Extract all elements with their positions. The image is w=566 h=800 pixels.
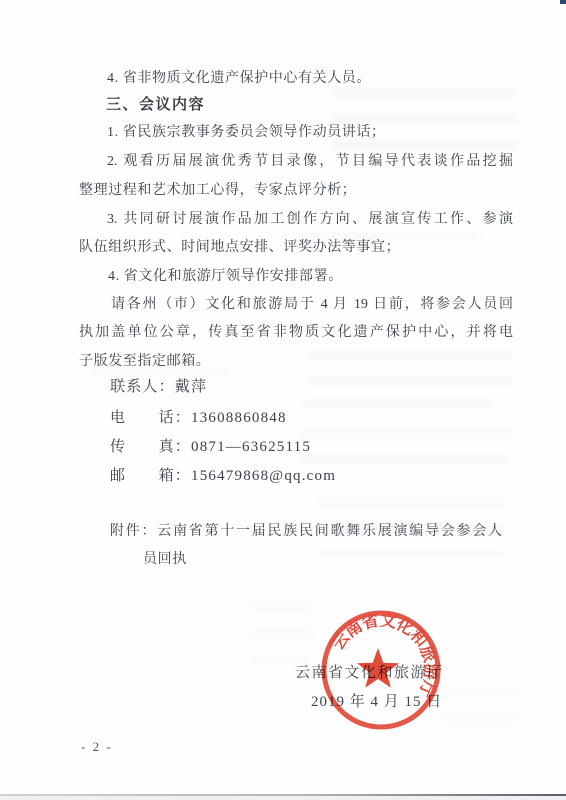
body-line: 1. 省民族宗教事务委员会领导作动员讲话； (107, 123, 386, 143)
attachment-line-1: 附件：云南省第十一届民族民间歌舞乐展演编导会参会人 (110, 522, 502, 542)
body-line: 2. 观看历届展演优秀节目录像，节目编导代表谈作品挖掘 (107, 152, 513, 172)
body-line: 整理过程和艺术加工心得，专家点评分析； (79, 181, 356, 201)
body-line: 子版发至指定邮箱。 (79, 352, 210, 372)
body-line: 4. 省非物质文化遗产保护中心有关人员。 (107, 69, 371, 89)
fax-line: 传 真：0871—63625115 (110, 437, 311, 457)
section-heading: 三、会议内容 (106, 95, 205, 115)
svg-text:云南省文化和旅游厅: 云南省文化和旅游厅 (328, 609, 441, 700)
email-line: 邮 箱：156479868@qq.com (110, 466, 336, 486)
red-star-icon (357, 648, 399, 688)
body-line: 队伍组织形式、时间地点安排、评奖办法等事宜； (79, 238, 400, 258)
scan-bottom-margin (0, 796, 566, 800)
phone-line: 电 话：13608860848 (110, 408, 287, 428)
bleed-through-artifact (302, 398, 492, 412)
body-line: 4. 省文化和旅游厅领导作安排部署。 (108, 267, 343, 287)
official-seal: 云南省文化和旅游厅 (306, 595, 456, 745)
scan-corner-artifact (560, 0, 566, 4)
attachment-line-2: 员回执 (143, 550, 187, 570)
scanned-document-page: 4. 省非物质文化遗产保护中心有关人员。 三、会议内容 1. 省民族宗教事务委员… (0, 0, 566, 800)
page-number: - 2 - (81, 739, 113, 755)
body-line: 执加盖单位公章，传真至省非物质文化遗产保护中心，并将电 (79, 323, 513, 343)
seal-arc-text: 云南省文化和旅游厅 (328, 609, 441, 700)
contact-person-line: 联系人：戴萍 (110, 377, 207, 397)
bleed-through-artifact (308, 350, 513, 396)
body-line: 3. 共同研讨展演作品加工创作方向、展演宣传工作、参演 (107, 210, 513, 230)
body-line: 请各州（市）文化和旅游局于 4 月 19 日前，将参会人员回 (111, 295, 513, 315)
